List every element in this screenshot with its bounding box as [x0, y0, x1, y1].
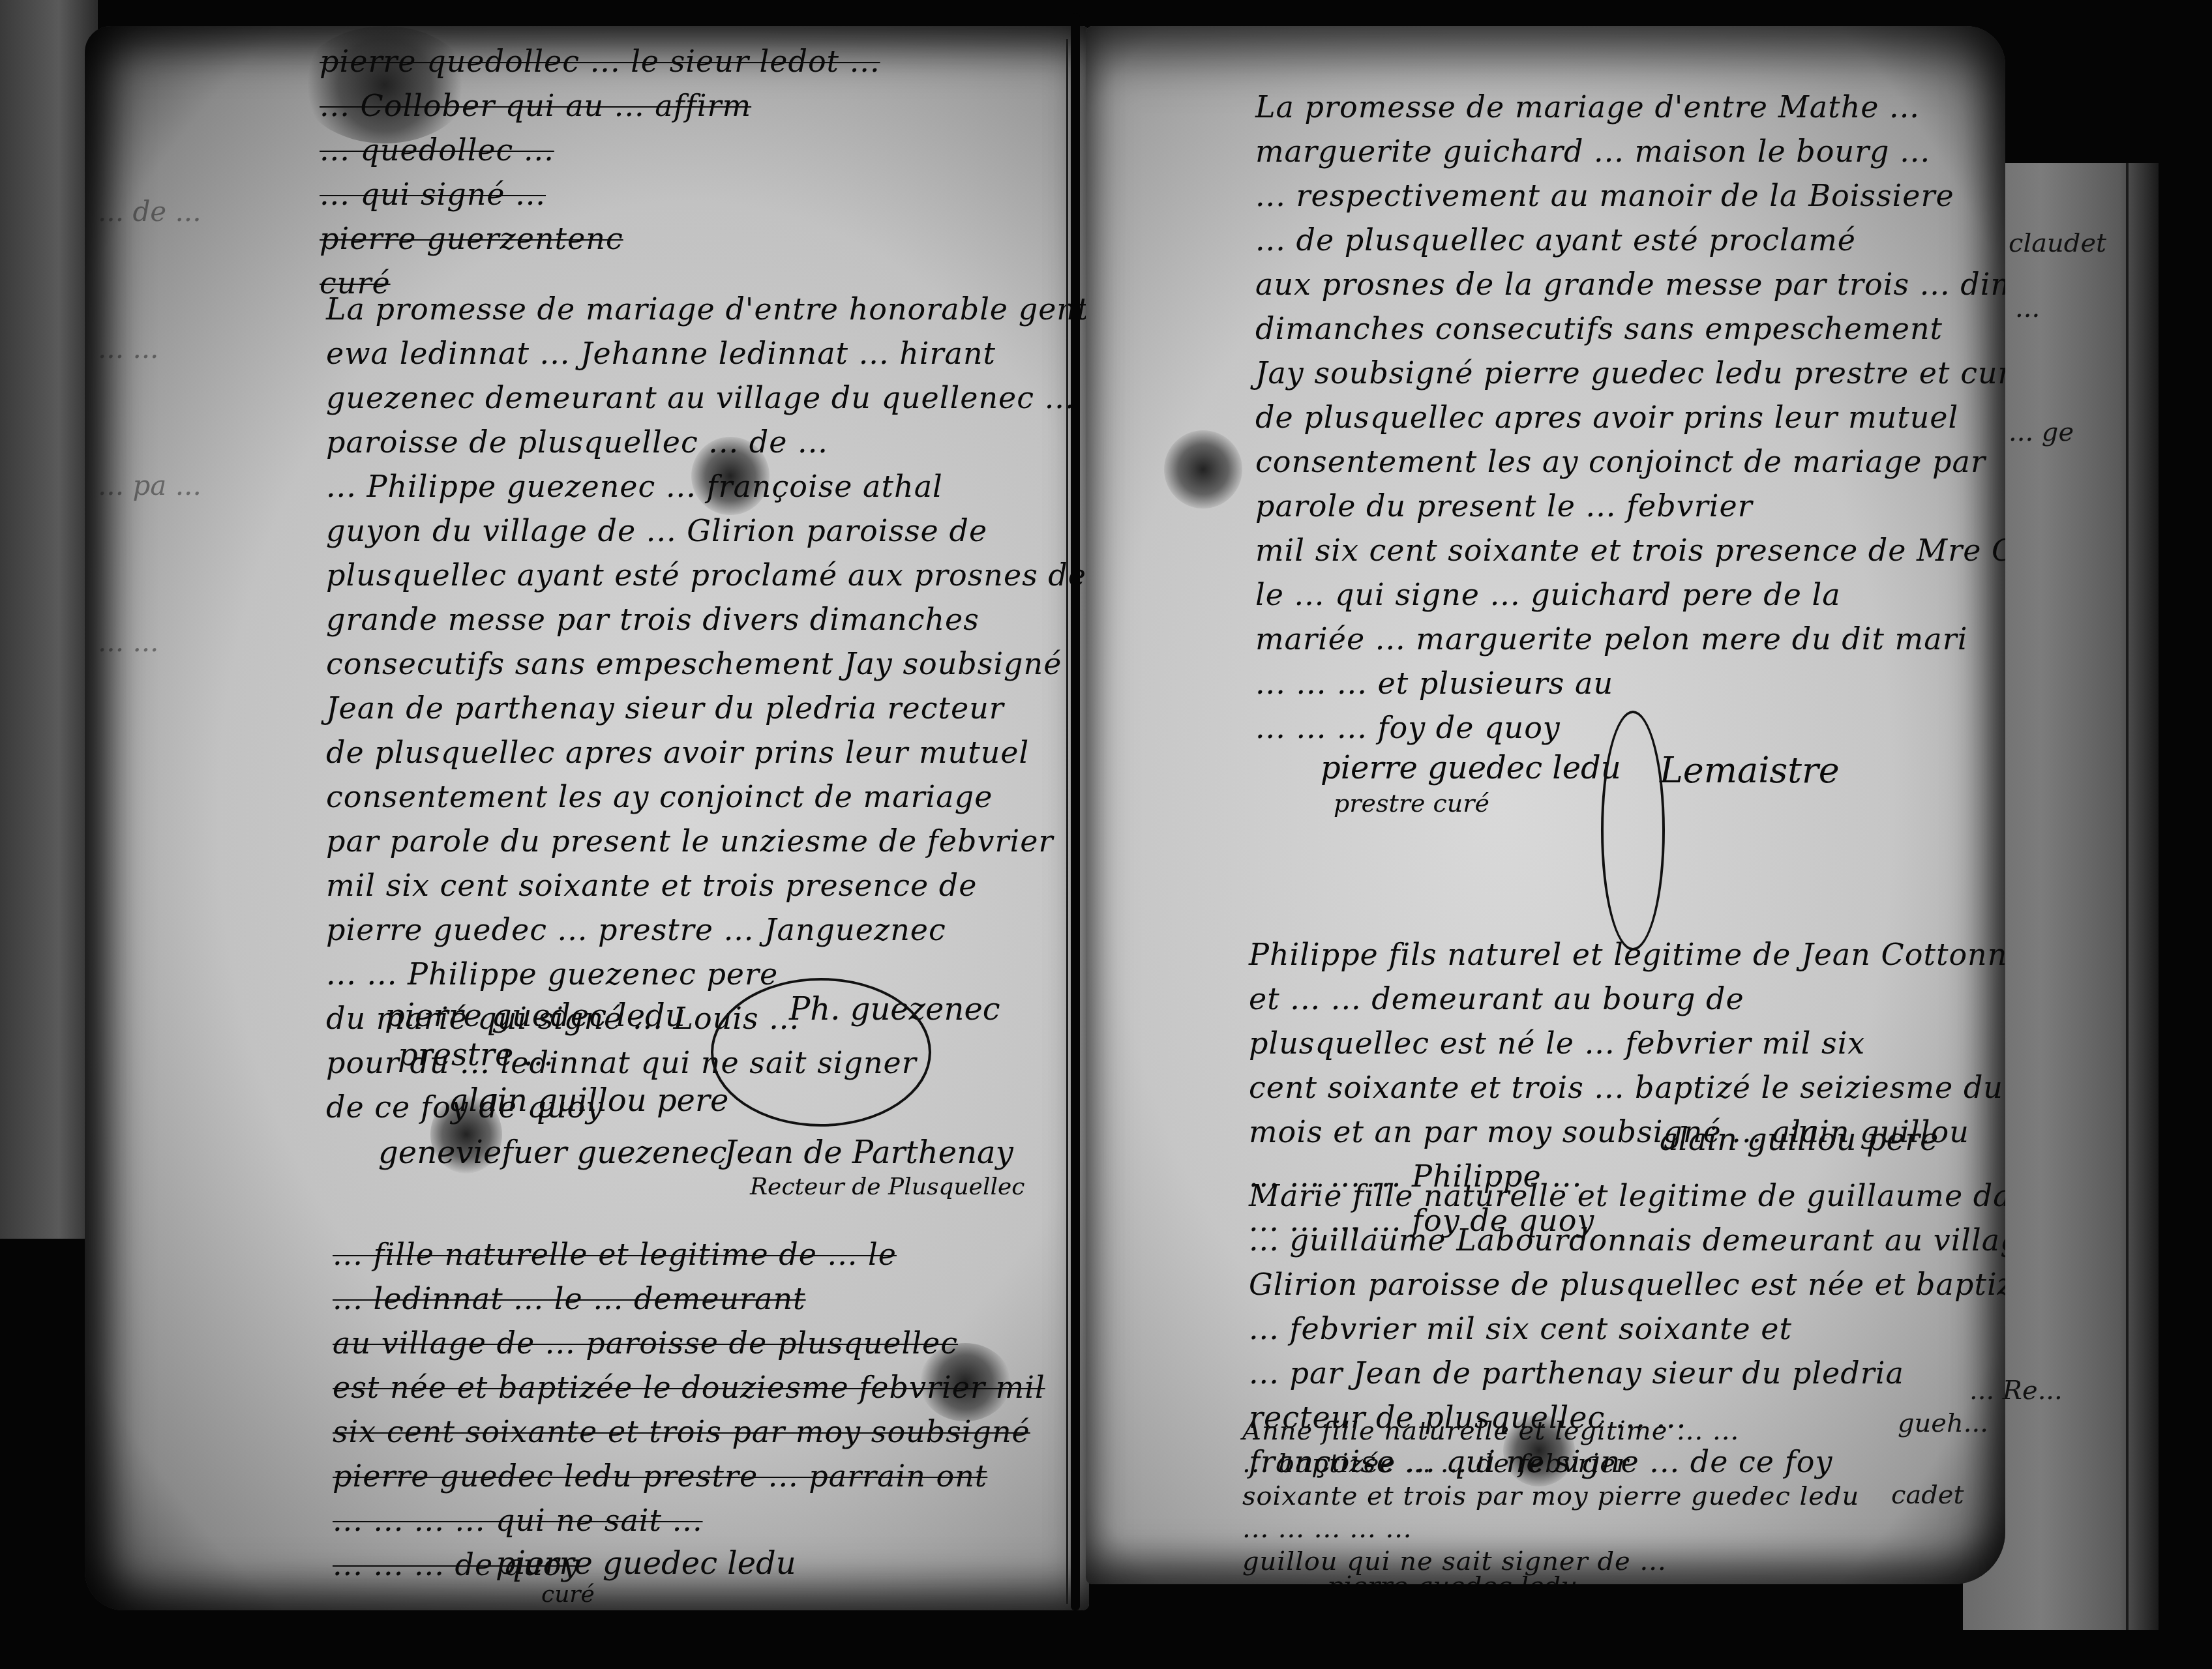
margin-note: ... ge — [2009, 417, 2074, 447]
text-line: mil six cent soixante et trois presence … — [326, 863, 1089, 908]
signature-genevieve: geneviefuer guezenec — [378, 1134, 727, 1171]
signature-lemaistre: Lemaistre — [1660, 750, 1840, 791]
signature-alain-guillou: alain guillou pere — [450, 1082, 728, 1119]
left-edge-binding — [0, 0, 98, 1239]
left-page: ... de ... ... ... ... pa ... ... ... pi… — [85, 26, 1089, 1610]
signature-jean-de-parthenay: Jean de Parthenay — [724, 1134, 1013, 1171]
text-line: ... de plusquellec ayant esté proclamé — [1255, 218, 2005, 262]
text-line: par parole du present le unziesme de feb… — [326, 819, 1089, 863]
text-line: ... ... ... ... qui ne sait ... — [333, 1498, 1045, 1543]
text-line: guyon du village de ... Glirion paroisse… — [326, 509, 1089, 553]
signature-pierre-guedec: pierre guedec ledu — [496, 1545, 796, 1582]
text-line: soixante et trois par moy pierre guedec … — [1242, 1480, 1859, 1513]
text-line: ... ... ... ... ... — [1242, 1513, 1859, 1545]
margin-note: ... — [2015, 293, 2040, 323]
marriage-entry-right: La promesse de mariage d'entre Mathe ...… — [1255, 85, 2005, 750]
text-line: Marie fille naturelle et legitime de gui… — [1249, 1174, 2005, 1218]
margin-note: gueh... — [1898, 1408, 1988, 1438]
text-line: ... qui signé ... — [320, 172, 880, 216]
text-line: Anne fille naturelle et legitime ... ... — [1242, 1415, 1859, 1447]
text-line: ... fille naturelle et legitime de ... l… — [333, 1232, 1045, 1277]
margin-ghost-text: ... pa ... — [98, 469, 202, 501]
text-line: et ... ... demeurant au bourg de — [1249, 977, 2005, 1021]
text-line: de plusquellec apres avoir prins leur mu… — [1255, 395, 2005, 439]
signature-title-recteur: Recteur de Plusquellec — [750, 1174, 1024, 1200]
text-line: consentement les ay conjoinct de mariage… — [1255, 439, 2005, 484]
margin-ghost-text: ... de ... — [98, 196, 202, 228]
right-page: La promesse de mariage d'entre Mathe ...… — [1086, 26, 2005, 1584]
text-line: ... quedollec ... — [320, 128, 880, 172]
page-margin-rule — [1066, 39, 1068, 1604]
text-line: ... Collober qui au ... affirm — [320, 83, 880, 128]
baptism-entry-left: ... fille naturelle et legitime de ... l… — [333, 1232, 1045, 1587]
binding-rule — [2126, 163, 2129, 1630]
ink-blot — [1164, 430, 1242, 509]
text-line: six cent soixante et trois par moy soubs… — [333, 1410, 1045, 1454]
text-line: consecutifs sans empeschement Jay soubsi… — [326, 642, 1089, 686]
text-line: pierre quedollec ... le sieur ledot ... — [320, 39, 880, 83]
signature-flourish — [1601, 711, 1665, 951]
text-line: Glirion paroisse de plusquellec est née … — [1249, 1262, 2005, 1307]
margin-note: claudet — [2009, 228, 2106, 258]
signature-pierre-guedec: pierre guedec ledu — [385, 997, 685, 1034]
signature-pierre-guedec: pierre guedec ledu — [1321, 750, 1621, 786]
text-line: parole du present le ... febvrier — [1255, 484, 2005, 528]
signature-title-cure: curé — [541, 1581, 595, 1608]
signature-flourish — [711, 978, 931, 1127]
text-line: ... febvrier mil six cent soixante et — [1249, 1307, 2005, 1351]
text-line: est née et baptizée le douziesme febvrie… — [333, 1365, 1045, 1410]
text-line: ... guillaume Labourdonnais demeurant au… — [1249, 1218, 2005, 1262]
text-line: Jean de parthenay sieur du pledria recte… — [326, 686, 1089, 730]
signature-title-pretre-cure: prestre curé — [1334, 789, 1489, 818]
signature-alain-guillou: alain guillou pere — [1660, 1121, 1938, 1158]
baptism-entry-right-3: Anne fille naturelle et legitime ... ...… — [1242, 1415, 1859, 1578]
text-line: Philippe fils naturel et legitime de Jea… — [1249, 932, 2005, 977]
text-line: cent soixante et trois ... baptizé le se… — [1249, 1065, 2005, 1110]
text-line: ... respectivement au manoir de la Boiss… — [1255, 173, 2005, 218]
top-fragment-entry: pierre quedollec ... le sieur ledot ... … — [320, 39, 880, 305]
text-line: plusquellec ayant esté proclamé aux pros… — [326, 553, 1089, 597]
text-line: paroisse de plusquellec ... de ... — [326, 420, 1089, 464]
margin-ghost-text: ... ... — [98, 626, 158, 658]
text-line: Jay soubsigné pierre guedec ledu prestre… — [1255, 351, 2005, 395]
text-line: ... ledinnat ... le ... demeurant — [333, 1277, 1045, 1321]
text-line: La promesse de mariage d'entre honorable… — [326, 287, 1089, 331]
text-line: pierre guedec ledu prestre ... parrain o… — [333, 1454, 1045, 1498]
text-line: de plusquellec apres avoir prins leur mu… — [326, 730, 1089, 775]
signature-pretre: prestre ... — [398, 1037, 553, 1073]
text-line: ewa ledinnat ... Jehanne ledinnat ... hi… — [326, 331, 1089, 376]
margin-note: cadet — [1891, 1480, 1964, 1510]
text-line: La promesse de mariage d'entre Mathe ... — [1255, 85, 2005, 129]
text-line: ... par Jean de parthenay sieur du pledr… — [1249, 1351, 2005, 1395]
text-line: pierre guerzentenc — [320, 216, 880, 261]
text-line: ... ... ... et plusieurs au — [1255, 661, 2005, 705]
text-line: ... ... Philippe guezenec pere — [326, 952, 1089, 996]
book-gutter — [1071, 13, 1080, 1610]
text-line: grande messe par trois divers dimanches — [326, 597, 1089, 642]
text-line: consentement les ay conjoinct de mariage — [326, 775, 1089, 819]
text-line: dimanches consecutifs sans empeschement — [1255, 306, 2005, 351]
text-line: le ... qui signe ... guichard pere de la — [1255, 572, 2005, 617]
text-line: mil six cent soixante et trois presence … — [1255, 528, 2005, 572]
text-line: aux prosnes de la grande messe par trois… — [1255, 262, 2005, 306]
text-line: ... baptizée ... ... de febvrier — [1242, 1447, 1859, 1480]
margin-ghost-text: ... ... — [98, 332, 158, 364]
text-line: au village de ... paroisse de plusquelle… — [333, 1321, 1045, 1365]
text-line: ... Philippe guezenec ... françoise atha… — [326, 464, 1089, 509]
text-line: marguerite guichard ... maison le bourg … — [1255, 129, 2005, 173]
text-line: guezenec demeurant au village du quellen… — [326, 376, 1089, 420]
text-line: plusquellec est né le ... febvrier mil s… — [1249, 1021, 2005, 1065]
margin-note: ... Re... — [1969, 1376, 2063, 1406]
signature-pierre-guedec: pierre guedec ledu — [1327, 1571, 1577, 1584]
text-line: pierre guedec ... prestre ... Jangueznec — [326, 908, 1089, 952]
text-line: mariée ... marguerite pelon mere du dit … — [1255, 617, 2005, 661]
